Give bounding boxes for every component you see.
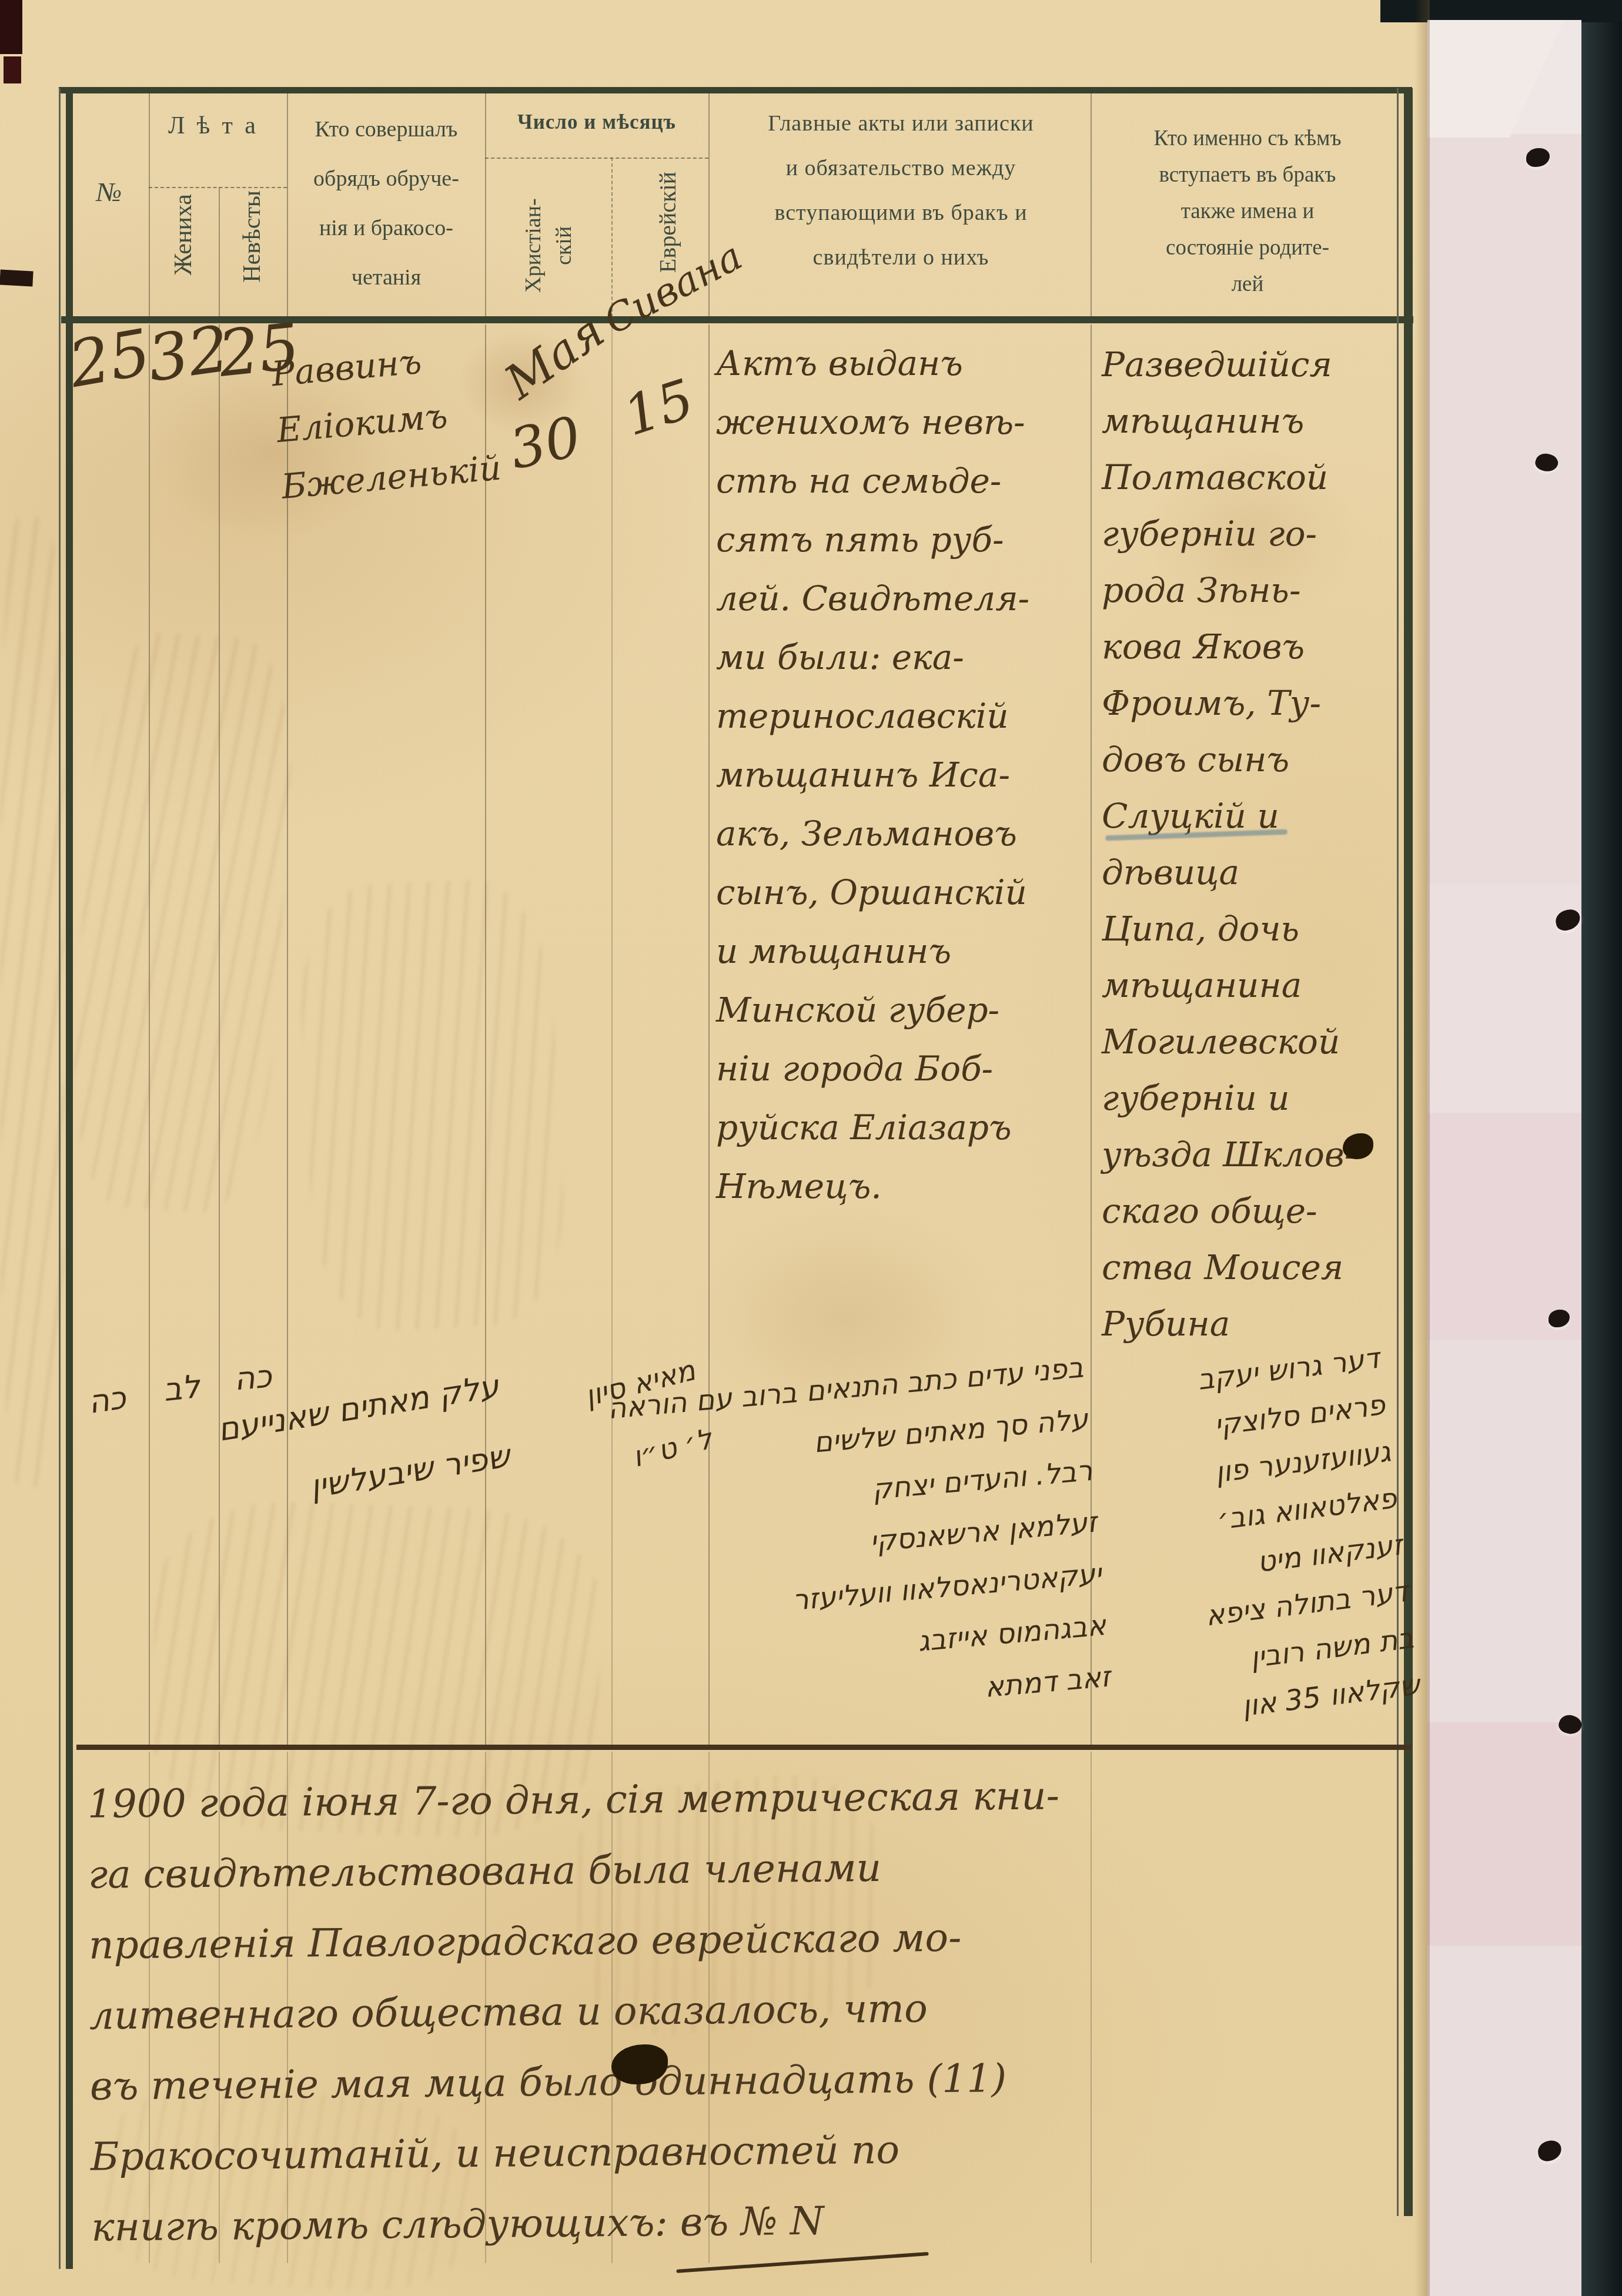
header-acts: Главные акты или записки и обязательство… bbox=[711, 101, 1091, 280]
header-date-christian-line1: Христіан- bbox=[520, 176, 546, 315]
table-rule-top bbox=[59, 87, 1412, 93]
entry-number-hebrew: כה bbox=[86, 1379, 128, 1421]
page-edge-strip bbox=[1427, 20, 1581, 2296]
header-years-group: Лѣта bbox=[149, 112, 287, 140]
header-date-group: Число и мѣсяцъ bbox=[486, 111, 708, 134]
header-bride-label: Невѣсты bbox=[238, 190, 266, 283]
column-line bbox=[1091, 89, 1092, 317]
act-text-hebrew: בפני עדים כתב התנאים ברוב עם הוראה עלה ס… bbox=[697, 1342, 1112, 1736]
table-rule-left-thin bbox=[59, 88, 61, 2269]
column-line bbox=[287, 324, 288, 1745]
header-groom-label: Жениха bbox=[169, 194, 198, 275]
header-date-christian-line2: скій bbox=[551, 176, 577, 315]
bleedthrough-smudge bbox=[0, 517, 65, 1487]
column-line bbox=[485, 324, 486, 1745]
margin-ink-mark bbox=[0, 270, 34, 287]
date-split-line bbox=[485, 158, 708, 159]
bleedthrough-smudge bbox=[62, 628, 302, 1217]
header-date-jewish-label: Еврейскій bbox=[654, 172, 681, 273]
corner-mark bbox=[0, 0, 22, 54]
officiant-entry: Раввинъ Еліокимъ Бжеленькій bbox=[269, 327, 503, 515]
column-line bbox=[287, 89, 288, 317]
header-groom: Жениха bbox=[151, 194, 216, 312]
column-line-dashed bbox=[611, 158, 613, 317]
header-no: № bbox=[69, 176, 149, 207]
header-date-christian: Христіан- скій bbox=[499, 176, 598, 315]
register-page: № Лѣта Жениха Невѣсты Кто совершалъ обря… bbox=[0, 0, 1622, 2296]
page-edge-pink-band bbox=[1427, 1722, 1581, 1946]
header-officiant: Кто совершалъ обрядъ обруче- нія и брако… bbox=[289, 105, 483, 302]
corner-mark bbox=[4, 56, 21, 83]
page-edge-highlight bbox=[1427, 20, 1581, 138]
table-rule-left-thick bbox=[66, 88, 73, 2269]
header-bride: Невѣсты bbox=[220, 190, 285, 314]
table-rule-right-thick bbox=[1404, 88, 1413, 2216]
groom-age-hebrew: לב bbox=[162, 1368, 202, 1408]
act-text: Актъ выданъ женихомъ невѣ- стѣ на семьде… bbox=[716, 334, 1104, 1216]
page-edge-shadow bbox=[1414, 0, 1430, 2296]
who-text-hebrew: דער גרוש יעקב פראים סלוצקי געוועזענער פו… bbox=[1073, 1335, 1422, 1746]
column-line bbox=[219, 324, 220, 1745]
years-split-line bbox=[149, 187, 287, 188]
header-who: Кто именно съ кѣмъ вступаетъ въ бракъ та… bbox=[1095, 121, 1400, 303]
column-line bbox=[149, 324, 150, 1745]
date-christian-day: 30 bbox=[504, 405, 587, 482]
bleedthrough-smudge bbox=[294, 875, 570, 1334]
date-jewish-day: 15 bbox=[616, 367, 701, 449]
entry-number: 25 bbox=[63, 316, 156, 402]
who-text: Разведшійся мѣщанинъ Полтавской губерніи… bbox=[1102, 336, 1404, 1352]
scan-background bbox=[1579, 0, 1622, 2296]
column-line bbox=[611, 324, 613, 1745]
certification-note: 1900 года іюня 7-го дня, сія метрическая… bbox=[87, 1758, 1402, 2262]
column-line bbox=[708, 324, 710, 1745]
footer-rule bbox=[76, 1745, 1411, 1750]
officiant-entry-hebrew: עלק מאתים שאנייעם שפיר שיבעלשין bbox=[249, 1351, 515, 1529]
